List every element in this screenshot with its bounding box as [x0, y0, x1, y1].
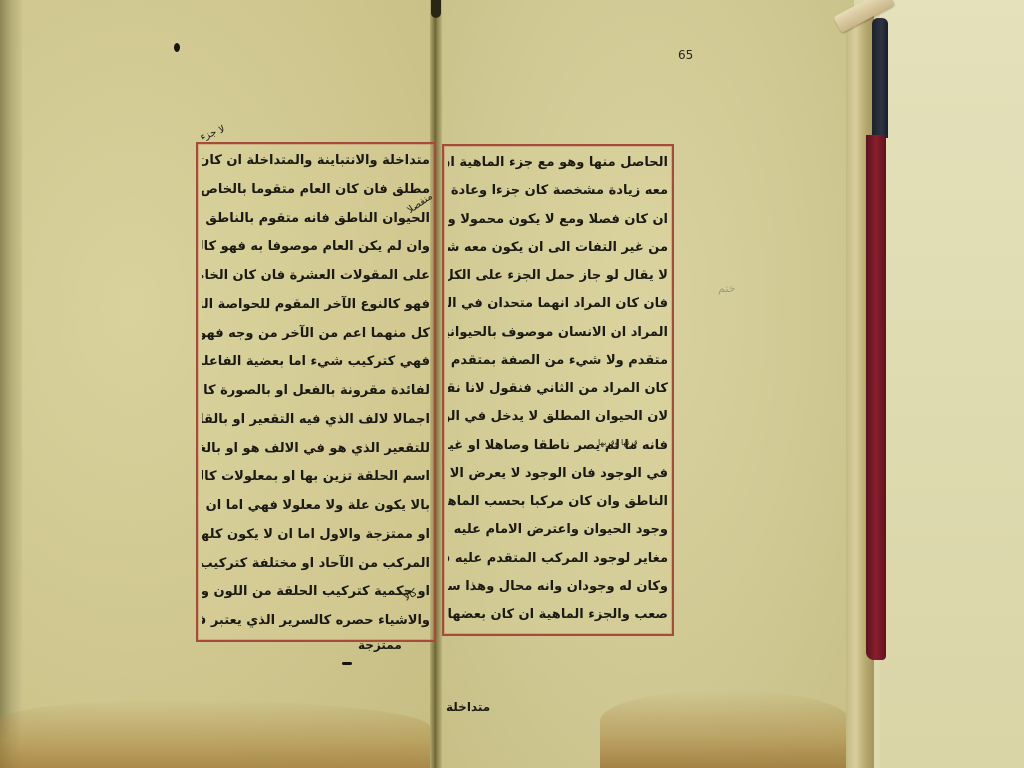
text-line: من غير التفات الى ان يكون معه شيء او لا … — [448, 237, 668, 261]
text-line: الحيوان الناطق فانه متقوم بالناطق لكونه … — [202, 208, 430, 232]
text-line: مطلق فان كان العام متقوما بالخاص موصوفا … — [202, 179, 430, 203]
water-stain-right — [600, 690, 850, 768]
text-line: اسم الحلقة تزين بها او بمعلولات كالرزق و… — [202, 466, 430, 490]
text-line: والاشياء حصره كالسرير الذي يعتبر في تحقق… — [202, 610, 430, 634]
text-line: بالا يكون علة ولا معلولا فهي اما ان يكون… — [202, 495, 430, 519]
right-text-block: الحاصل منها وهو مع جزء الماهية ان اخذ بش… — [442, 144, 674, 636]
table-surface — [880, 0, 1024, 768]
binding-cover-blue — [872, 18, 888, 138]
left-text-block: متداخلة والانتباينة والمتداخلة ان كان بع… — [196, 142, 436, 642]
text-line: لفائدة مقرونة بالفعل او بالصورة كالمتطيل… — [202, 380, 430, 404]
text-line: المراد ان الانسان موصوف بالحيوانية كان ك… — [448, 322, 668, 346]
text-line: لا يقال لو جاز حمل الجزء على الكل فاذا ق… — [448, 265, 668, 289]
text-line: متداخلة والانتباينة والمتداخلة ان كان بع… — [202, 150, 430, 174]
catchword-left: ممتزجة — [358, 638, 402, 652]
faint-stamp: ختم — [718, 282, 735, 295]
ink-stroke — [342, 662, 352, 665]
text-line: وجود الحيوان واعترض الامام عليه من حيث ا… — [448, 519, 668, 543]
gutter-shadow — [431, 0, 441, 18]
text-line: في الوجود فان الوجود لا يعرض الا للحيوان… — [448, 463, 668, 487]
text-line: الحاصل منها وهو مع جزء الماهية ان اخذ بش… — [448, 152, 668, 176]
text-line: صعب والجزء الماهية ان كان بعضها اعم من ب… — [448, 604, 668, 628]
text-line: او حكمية كتركيب الحلقة من اللون والشكل و… — [202, 581, 430, 605]
folio-number: 65 — [678, 48, 693, 62]
interlinear-note: قرنها وقربها — [598, 438, 638, 447]
text-line: مغاير لوجود المركب المتقدم عليه فلو حصل … — [448, 548, 668, 572]
text-line: المركب من الآحاد او مختلفة كتركيب الجسم … — [202, 553, 430, 577]
text-line: اجمالا لالف الذي فيه التقعير او بالقابلي… — [202, 409, 430, 433]
catchword-right: متداخلة — [446, 700, 490, 714]
text-line: وكان له وجودان وانه محال وهذا سؤال مشكل … — [448, 576, 668, 600]
text-line: كان المراد من الثاني فنقول لانا نقول انه… — [448, 378, 668, 402]
text-line: متقدم ولا شيء من الصفة بمتقدم فلا شيء من… — [448, 350, 668, 374]
text-line: معه زيادة مشخصة كان جزءا وعادة ان كان جن… — [448, 180, 668, 204]
text-line: او ممتزجة والاول اما ان لا يكون كلها متش… — [202, 524, 430, 548]
text-line: ان كان فصلا ومع لا يكون محمولا وان اخذ م… — [448, 209, 668, 233]
text-line: لان الحيوان المطلق لا يدخل في الوجود الا… — [448, 406, 668, 430]
ink-blot — [174, 43, 180, 52]
text-line: فان كان المراد انهما متحدان في المفهوم ك… — [448, 293, 668, 317]
water-stain-left — [0, 700, 430, 768]
text-line: الناطق وان كان مركبا بحسب الماهية لكن وج… — [448, 491, 668, 515]
text-line: للتقعير الذي هو في الالف هو او بالغائية … — [202, 438, 430, 462]
right-text-lines: الحاصل منها وهو مع جزء الماهية ان اخذ بش… — [444, 146, 672, 634]
text-line: وان لم يكن العام موصوفا به فهو كالموجود … — [202, 236, 430, 260]
left-text-lines: متداخلة والانتباينة والمتداخلة ان كان بع… — [198, 144, 434, 640]
text-line: فهو كالنوع الآخر المقوم للحواصة التي لا … — [202, 294, 430, 318]
text-line: على المقولات العشرة فان كان الخاص متقوما… — [202, 265, 430, 289]
text-line: فهي كتركيب شيء اما بعضية الفاعلية كالعطا… — [202, 351, 430, 375]
binding-cover-red — [866, 135, 886, 660]
text-line: كل منهما اعم من الآخر من وجه فهو كالحيوا… — [202, 323, 430, 347]
left-page-edge — [0, 0, 22, 768]
